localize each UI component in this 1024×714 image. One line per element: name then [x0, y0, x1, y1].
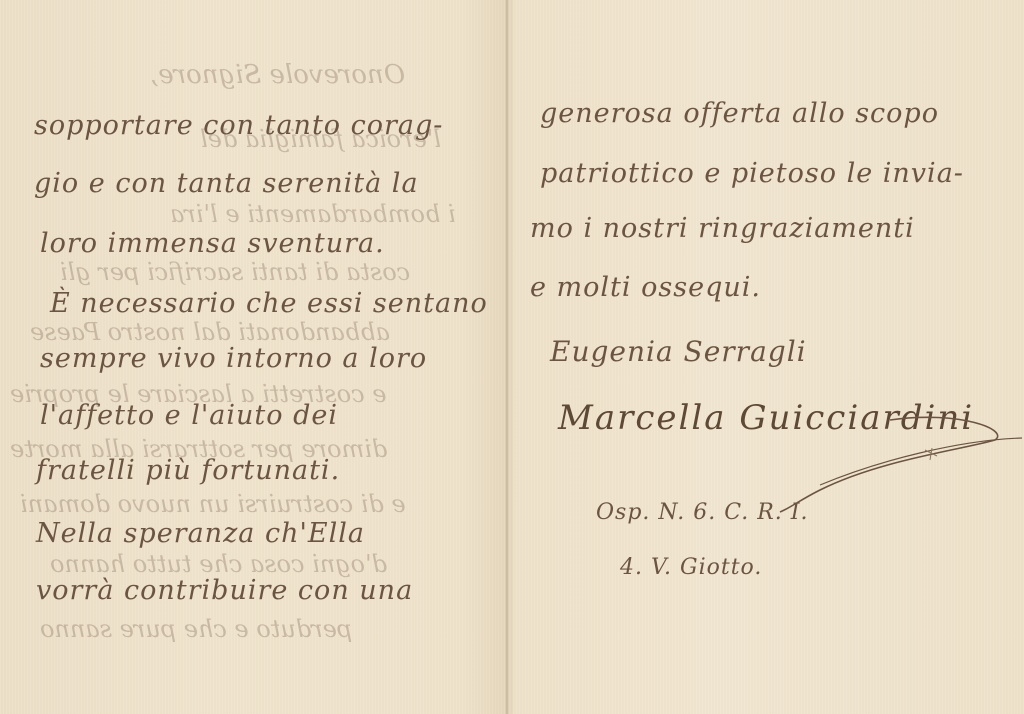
bleed-through-line: e di costruirsi un nuovo domani [20, 490, 406, 518]
bleed-through-line: costa di tanti sacrifici per gli [60, 258, 410, 286]
letter-scan: Onorevole Signore, l'eroica famiglia del… [0, 0, 1024, 714]
letter-line: vorrà contribuire con una [36, 575, 413, 606]
letter-line: l'affetto e l'aiuto dei [40, 400, 338, 431]
letter-line: Nella speranza ch'Ella [36, 518, 365, 549]
address-line: 4. V. Giotto. [620, 555, 762, 580]
bleed-through-line: perduto e che pure sanno [40, 615, 352, 643]
bleed-through-line: i bombardamenti e l'ira [170, 200, 456, 228]
letter-line: È necessario che essi sentano [50, 288, 488, 319]
signature-flourish [760, 400, 1024, 520]
letter-line: mo i nostri ringraziamenti [530, 213, 915, 244]
letter-line: loro immensa sventura. [40, 228, 385, 259]
letter-line: fratelli più fortunati. [36, 455, 340, 486]
letter-line: sopportare con tanto corag- [34, 110, 443, 141]
right-page: generosa offerta allo scopo patriottico … [510, 0, 1024, 714]
letter-line: sempre vivo intorno a loro [40, 343, 427, 374]
letter-line: gio e con tanta serenità la [34, 168, 419, 199]
letter-line: e molti ossequi. [530, 272, 761, 303]
bleed-through-line: d'ogni cosa che tutto hanno [50, 550, 387, 578]
bleed-through-line: abbandonati dal nostro Paese [30, 318, 390, 346]
signature-eugenia-serragli: Eugenia Serragli [550, 335, 807, 368]
left-page: Onorevole Signore, l'eroica famiglia del… [0, 0, 508, 714]
letter-line: patriottico e pietoso le invia- [540, 158, 964, 189]
letter-line: generosa offerta allo scopo [540, 98, 939, 129]
bleed-through-heading: Onorevole Signore, [150, 60, 405, 90]
